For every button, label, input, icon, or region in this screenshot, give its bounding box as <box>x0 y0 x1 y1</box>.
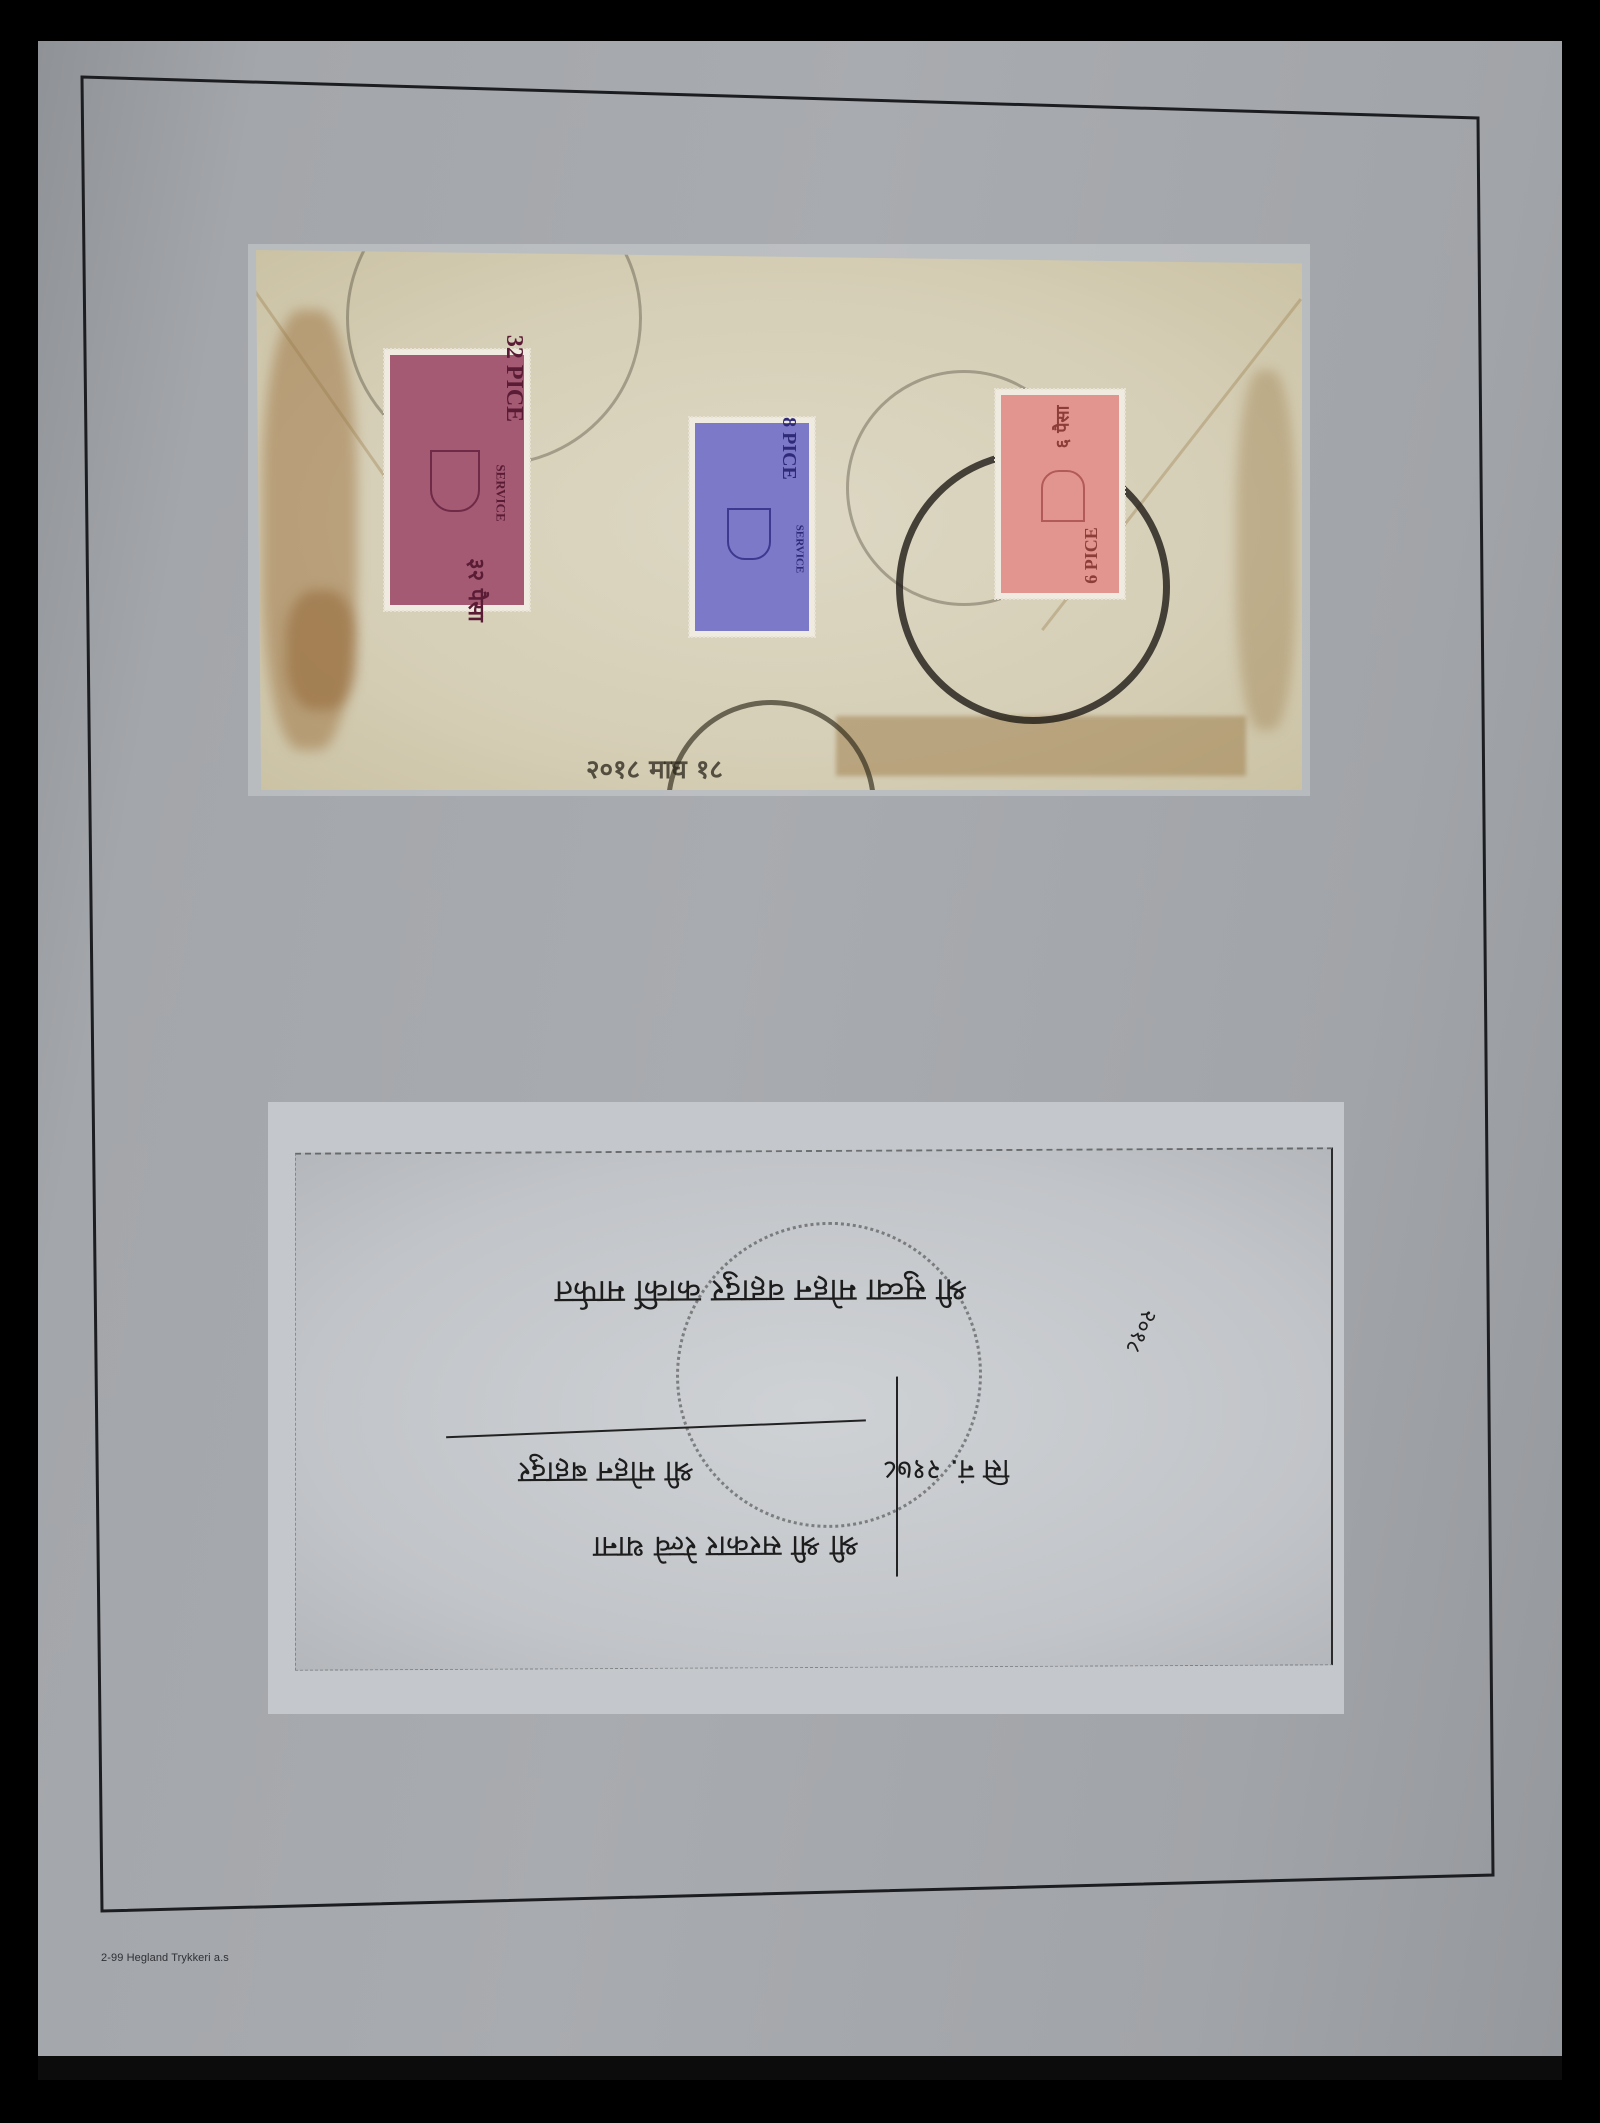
printer-imprint: 2-99 Hegland Trykkeri a.s <box>101 1952 229 1964</box>
tape-strip <box>836 716 1246 776</box>
page-bottom-edge <box>38 2056 1562 2080</box>
postmark-ghost <box>676 1221 982 1529</box>
stamp-6-pice: 6 PICE ६ पैसा <box>995 389 1125 599</box>
bottom-cover-photocopy: श्री सुव्वा मोहन वहादुर कार्की मार्फत श्… <box>295 1147 1333 1670</box>
stamp-8-pice: 8 PICE SERVICE <box>689 417 815 637</box>
stamp-32-pice: 32 PICE SERVICE ३२ पैसा <box>384 349 530 611</box>
postmark-date-text: २०१८ माघ १८ <box>586 750 723 786</box>
handwriting-line-4: श्री श्री सरकार रेल्वे थाना <box>396 1526 1056 1570</box>
handwriting-annotation: २०१८ <box>1087 1305 1165 1427</box>
